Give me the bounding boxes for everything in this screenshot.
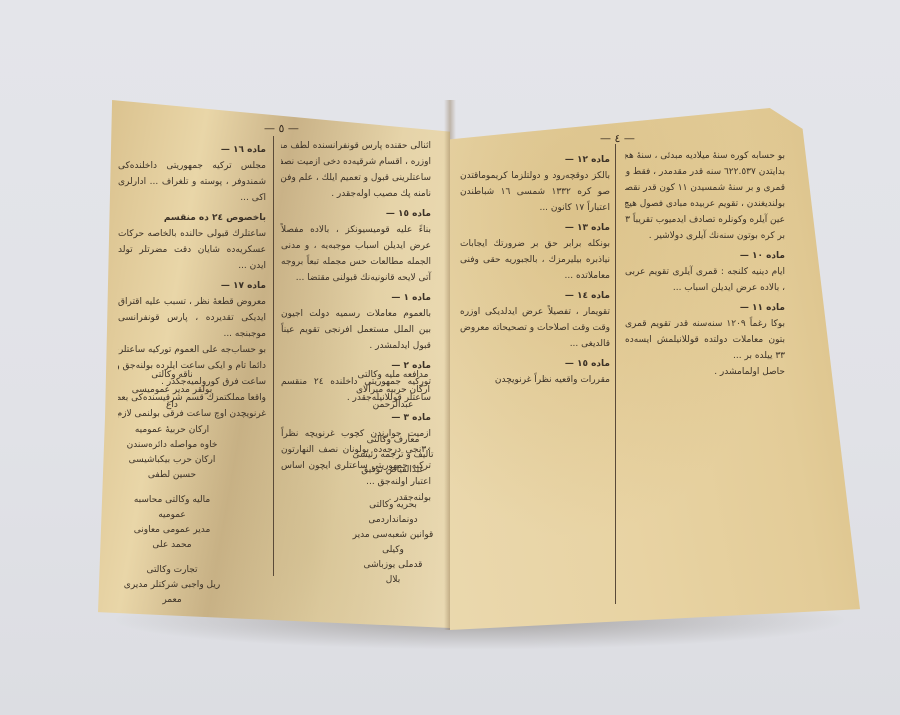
signature-line: معمر: [122, 593, 222, 608]
text-line: قمری و بر سنهٔ شمسیدن ١١ کون قدر نقصان: [625, 180, 785, 196]
signature-line: عبدالرحمن: [348, 398, 438, 413]
left-page: — ٥ — اثنالی حقنده پارس قونفرانسنده لطف …: [98, 100, 450, 628]
signature-line: محمد علی: [122, 538, 222, 553]
article-heading: ماده ١١ —: [625, 300, 785, 316]
signature-line: بلال: [348, 573, 438, 588]
text-line: نامنه پك مصیب اوله‌جقدر .: [281, 186, 431, 202]
signature-line: قوانین شعبه‌سی مدیر وکیلی: [348, 528, 438, 558]
article-heading: ماده ١٥ —: [281, 206, 431, 222]
article-heading: ماده ١٦ —: [118, 142, 266, 158]
signature-line: حسین لطفی: [122, 468, 222, 483]
article-heading: باخصوص ٢٤ ده منقسم: [118, 210, 266, 226]
article-heading: ماده ١٧ —: [118, 278, 266, 294]
text-line: عین آیلره وکونلره تصادف ایدمیوب تقریباً …: [625, 212, 785, 228]
text-line: بو حساب‌جه علی العموم تورکیه ساعتلری غرن…: [118, 342, 266, 358]
text-line: بو حسابه کوره سنهٔ میلادیه مبدئی ، سنهٔ …: [625, 148, 785, 164]
signature-line: ناقه وکالتی: [122, 368, 222, 383]
article-text: بالعموم معاملات رسمیه دولت اجیون بین الم…: [281, 309, 431, 351]
signature-line: ریل واجبی شرکتلر مدیری: [122, 578, 222, 593]
article-heading: ماده ١٣ —: [460, 220, 610, 236]
article-text: معروض قطعهٔ نظر ، تسبب علیه اقتراق ایدیک…: [118, 297, 266, 339]
signature-line: بولقر مدیر عمومیسی: [122, 383, 222, 398]
signature-line: عبدالفیاض توفیق: [348, 463, 438, 478]
signature-line: ارکان حربیهٔ عمومیه: [122, 423, 222, 438]
text-line: اوزره ، اقسام شرقیه‌ده دخی ازمیت نصف الن…: [281, 154, 431, 170]
article-text: ساعتلرك قبولی حالنده بالخاصه حرکات عسکری…: [118, 229, 266, 271]
signature-line: ارکان حرب بیکباشیسی: [122, 453, 222, 468]
signature-line: قدملی یوزباشی: [348, 558, 438, 573]
signature-line: خاوه مواصله دائره‌سندن: [122, 438, 222, 453]
text-line: ساعتلرینی قبول و تعمیم ایلك ، علم وفن و …: [281, 170, 431, 186]
signature-line: مدیر عمومی معاونی: [122, 523, 222, 538]
text-line: حاصل اولمامشدر .: [625, 364, 785, 380]
article-text: ایام دینیه کلنجه : قمری آیلری تقویم عربی…: [625, 267, 785, 293]
signature-line: معارف وکالتی: [348, 433, 438, 448]
article-heading: ماده ١٠ —: [625, 248, 785, 264]
article-heading: ماده ١٢ —: [460, 152, 610, 168]
signature-line: مدافعه ملیه وکالتی ارکان حربیه میرآلای: [348, 368, 438, 398]
text-line: اثنالی حقنده پارس قونفرانسنده لطف مساعده…: [281, 138, 431, 154]
right-page-left-column: ماده ١٢ — بالکز دوقچه‌رود و دولتلزما کری…: [460, 148, 610, 388]
right-page: — ٤ — بو حسابه کوره سنهٔ میلادیه مبدئی ،…: [450, 108, 860, 630]
article-text: مجلس ترکیه جمهوریتی داخلنده‌کی شمندوفر ،…: [118, 161, 266, 203]
column-rule: [615, 144, 616, 604]
signature-block-right: مدافعه ملیه وکالتی ارکان حربیه میرآلای ع…: [348, 368, 438, 588]
signature-line: تألیف و ترجمه رئیسی: [348, 448, 438, 463]
column-rule: [273, 136, 274, 576]
page-number: — ٤ —: [600, 132, 635, 145]
signature-line: داغ: [122, 398, 222, 413]
signature-line: مالیه وکالتی محاسبه عمومیه: [122, 493, 222, 523]
signature-line: بحریه وکالتی دونمانداردمی: [348, 498, 438, 528]
page-number: — ٥ —: [264, 122, 299, 135]
text-line: بر کره بوتون سنه‌نك آیلری دولاشیر .: [625, 228, 785, 244]
text-line: بولندیغندن ، تقویم عربیده مبادی فصول هیچ…: [625, 196, 785, 212]
article-heading: ماده ١٥ —: [460, 356, 610, 372]
right-page-right-column: بو حسابه کوره سنهٔ میلادیه مبدئی ، سنهٔ …: [625, 148, 785, 380]
article-text: مقررات واقعیه نظراً غرنویچدن: [495, 375, 610, 385]
article-text: بونکله برابر حق بر ضرورتك ایجابات نیاذبر…: [460, 239, 610, 281]
signature-block-left: ناقه وکالتی بولقر مدیر عمومیسی داغ ارکان…: [122, 368, 222, 608]
article-text: بالکز دوقچه‌رود و دولتلزما کریموماقتدن ص…: [460, 171, 610, 213]
article-text: بناءً علیه قومیسیونکز ، بالاده مفصلاً عر…: [281, 225, 431, 283]
article-heading: ماده ١٤ —: [460, 288, 610, 304]
article-text: بوکا رغماً ١٢٠٩ سنه‌سنه قدر تقویم قمری ب…: [625, 319, 785, 361]
signature-line: تجارت وکالتی: [122, 563, 222, 578]
text-line: بدایتدن ٦٢٢.٥٣٧ سنه قدر مقدمدر ، فقط وسن…: [625, 164, 785, 180]
article-text: تقویمار ، تفصیلاً عرض ایدلدیکی اوزره وقت…: [460, 307, 610, 349]
article-heading: ماده ١ —: [281, 290, 431, 306]
